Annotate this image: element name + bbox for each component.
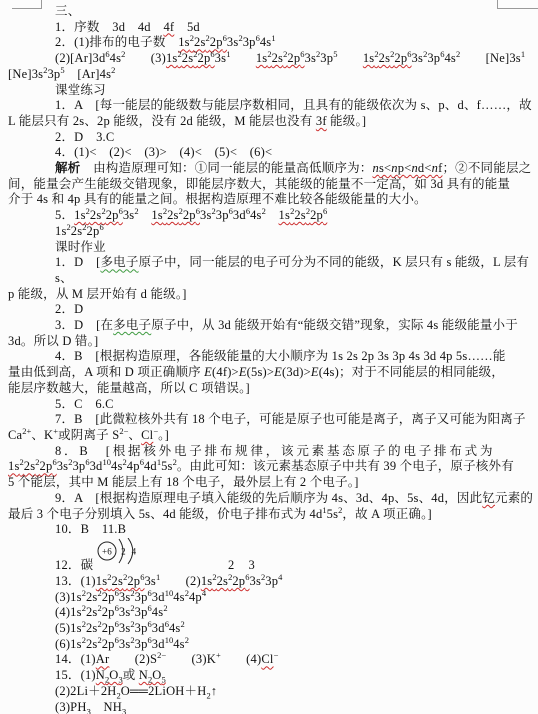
text-line: p 能级，从 M 层开始有 d 能级。] bbox=[0, 287, 538, 303]
line-12-with-atom-diagram: 12．碳+62423 bbox=[0, 538, 538, 574]
document-text-flow: 三、1．序数 3d 4d 4f 5d2．(1)排布的电子数 1s22s22p63… bbox=[0, 4, 538, 714]
text-line: 介于 4s 和 4p 具有的能量之间。根据构造原理不难比较各能级能量的大小。 bbox=[0, 192, 538, 208]
item-12-label: 12．碳 bbox=[55, 558, 93, 574]
text-line: 13．(1)1s22s22p63s1 (2)1s22s22p63s23p4 bbox=[0, 574, 538, 590]
text-line: 1．A [每一能层的能级数与能层序数相同，且具有的能级依次为 s、p、d、f……… bbox=[0, 98, 538, 114]
text-line: [Ne]3s23p5 [Ar]4s2 bbox=[0, 67, 538, 83]
text-line: 8．B [根据核外电子排布规律，该元素基态原子的电子排布式为 bbox=[0, 444, 538, 460]
outer-shell-count: 4 bbox=[132, 546, 137, 556]
text-line: 课堂练习 bbox=[0, 83, 538, 99]
text-line: 5．1s22s22p63s2 1s22s22p63s23p63d64s2 1s2… bbox=[0, 208, 538, 224]
carbon-atom-structure-diagram: +624 bbox=[96, 538, 146, 570]
text-line: 1s22s22p6 bbox=[0, 224, 538, 240]
inner-shell-count: 2 bbox=[121, 546, 126, 556]
text-line: 三、 bbox=[0, 4, 538, 20]
text-line: 3．D [在多电子原子中，从 3d 能级开始有“能级交错”现象，实际 4s 能级… bbox=[0, 318, 538, 334]
text-line: L 能层只有 2s、2p 能级，没有 2d 能级，M 能层也没有 3f 能级。] bbox=[0, 114, 538, 130]
text-line: (5)1s22s22p63s23p63d64s2 bbox=[0, 621, 538, 637]
nucleus-charge-label: +6 bbox=[102, 546, 112, 556]
text-line: 3d。所以 D 错。] bbox=[0, 334, 538, 350]
text-line: 最后 3 个电子分别填入 5s、4d 能级，价电子排布式为 4d15s2，故 A… bbox=[0, 507, 538, 523]
text-line: (6)1s22s22p63s23p63d104s2 bbox=[0, 637, 538, 653]
text-line: (2)2Li＋2H2O══2LiOH＋H2↑ bbox=[0, 684, 538, 700]
text-line: 解析 由构造原理可知：①同一能层的能量高低顺序为：ns<np<nd<nf；②不同… bbox=[0, 161, 538, 177]
text-line: 量由低到高，A 项和 D 项正确顺序 E(4f)>E(5s)>E(3d)>E(4… bbox=[0, 365, 538, 381]
text-line: 4．(1)< (2)< (3)> (4)< (5)< (6)< bbox=[0, 145, 538, 161]
text-line: (3)PH3 NH3 bbox=[0, 700, 538, 714]
text-line: (4)1s22s22p63s23p64s2 bbox=[0, 605, 538, 621]
text-line: 1．序数 3d 4d 4f 5d bbox=[0, 20, 538, 36]
text-line: 1s22s22p63s23p63d104s24p64d15s2。由此可知：该元素… bbox=[0, 459, 538, 475]
text-line: 1．D [多电子原子中，同一能层的电子可分为不同的能级，K 层只有 s 能级，L… bbox=[0, 255, 538, 286]
text-line: 10．B 11.B bbox=[0, 522, 538, 538]
text-line: 7．B [此微粒核外共有 18 个电子，可能是原子也可能是离子，离子又可能为阳离… bbox=[0, 412, 538, 428]
text-line: 5．C 6.C bbox=[0, 397, 538, 413]
text-line: (2)[Ar]3d64s2 (3)1s22s22p63s1 1s22s22p63… bbox=[0, 51, 538, 67]
text-line: 14．(1)Ar (2)S2− (3)K+ (4)Cl− bbox=[0, 652, 538, 668]
text-line: Ca2+、K+或阴离子 S2−、Cl−。] bbox=[0, 428, 538, 444]
text-line: 间，能量会产生能级交错现象，即能层序数大，其能级的能量不一定高，如 3d 具有的… bbox=[0, 177, 538, 193]
text-line: 9．A [根据构造原理电子填入能级的先后顺序为 4s、3d、4p、5s、4d，因… bbox=[0, 491, 538, 507]
item-12-answers: 23 bbox=[228, 558, 255, 574]
text-line: (3)1s22s22p63s23p63d104s24p4 bbox=[0, 590, 538, 606]
text-line: 2．D bbox=[0, 302, 538, 318]
text-line: 5 个能层，其中 M 能层上有 18 个电子，最外层上有 2 个电子。] bbox=[0, 475, 538, 491]
document-page: 三、1．序数 3d 4d 4f 5d2．(1)排布的电子数 1s22s22p63… bbox=[0, 0, 538, 714]
text-line: 课时作业 bbox=[0, 240, 538, 256]
text-line: 15．(1)N2O3或 N2O5 bbox=[0, 668, 538, 684]
text-line: 4．B [根据构造原理，各能级能量的大小顺序为 1s 2s 2p 3s 3p 4… bbox=[0, 349, 538, 365]
text-line: 能层序数越大，能量越高，所以 C 项错误。] bbox=[0, 381, 538, 397]
text-line: 2．D 3.C bbox=[0, 130, 538, 146]
